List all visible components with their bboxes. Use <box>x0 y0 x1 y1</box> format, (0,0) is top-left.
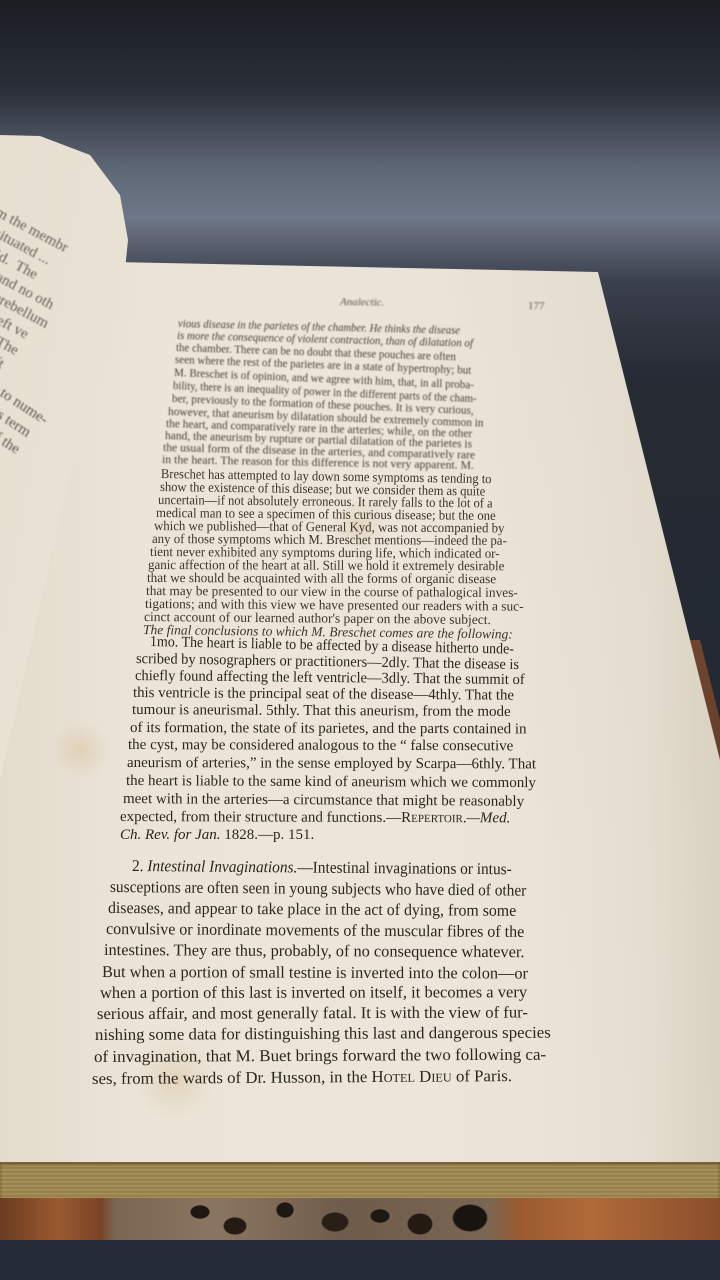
hospital-name: Hotel Dieu <box>371 1066 451 1086</box>
citation-date-page: 1828.—p. 151. <box>221 827 315 843</box>
marbled-binding <box>0 1198 720 1242</box>
text-line: meet with in the arteries—a circumstance… <box>123 791 524 811</box>
text-line: But when a portion of small testine is i… <box>102 962 528 983</box>
text-line: —Intestinal invaginations or intus- <box>297 857 512 878</box>
text-line: aneurism of arteries,” in the sense empl… <box>127 755 536 773</box>
text-line: serious affair, and most generally fatal… <box>97 1002 528 1024</box>
text-line: of invagination, that M. Buet brings for… <box>94 1045 546 1067</box>
text-line: the heart is liable to the same kind of … <box>126 773 536 792</box>
text-line: ses, from the wards of Dr. Husson, in th… <box>92 1067 372 1088</box>
book-photo: om the membr es situated ... a fluid. Th… <box>0 0 720 1280</box>
text-line: nishing some data for distinguishing thi… <box>95 1023 551 1045</box>
citation-source: Repertoir. <box>401 810 467 826</box>
citation-line: expected, from their structure and funct… <box>120 809 510 827</box>
text-line: susceptions are often seen in young subj… <box>110 877 527 901</box>
section-title: Intestinal Invaginations. <box>147 856 297 876</box>
text-line: of its formation, the state of its parie… <box>130 720 527 738</box>
text-line: expected, from their structure and funct… <box>120 809 401 826</box>
text-line: tumour is aneurismal. 5thly. That this a… <box>132 702 511 721</box>
printed-text: Analectic. 177 vious disease in the pari… <box>0 0 720 1280</box>
page-number: 177 <box>528 300 545 312</box>
running-head: Analectic. <box>340 296 384 309</box>
citation-line-2: Ch. Rev. for Jan. 1828.—p. 151. <box>120 827 314 844</box>
text-line: of Paris. <box>452 1066 512 1085</box>
text-line: diseases, and appear to take place in th… <box>108 898 516 921</box>
text-line: the cyst, may be considered analogous to… <box>128 737 513 755</box>
citation-journal-name: Ch. Rev. for Jan. <box>120 827 221 843</box>
background-cloth <box>0 1240 720 1280</box>
text-line: intestines. They are thus, probably, of … <box>104 940 525 962</box>
text-line: when a portion of this last is inverted … <box>100 982 527 1003</box>
citation-journal: —Med. <box>467 810 511 826</box>
final-line: ses, from the wards of Dr. Husson, in th… <box>92 1066 512 1089</box>
gilt-page-edge <box>0 1162 720 1200</box>
section-number: 2. <box>132 856 148 875</box>
text-line: convulsive or inordinate movements of th… <box>106 919 524 942</box>
section-heading-line: 2. Intestinal Invaginations.—Intestinal … <box>132 856 512 879</box>
